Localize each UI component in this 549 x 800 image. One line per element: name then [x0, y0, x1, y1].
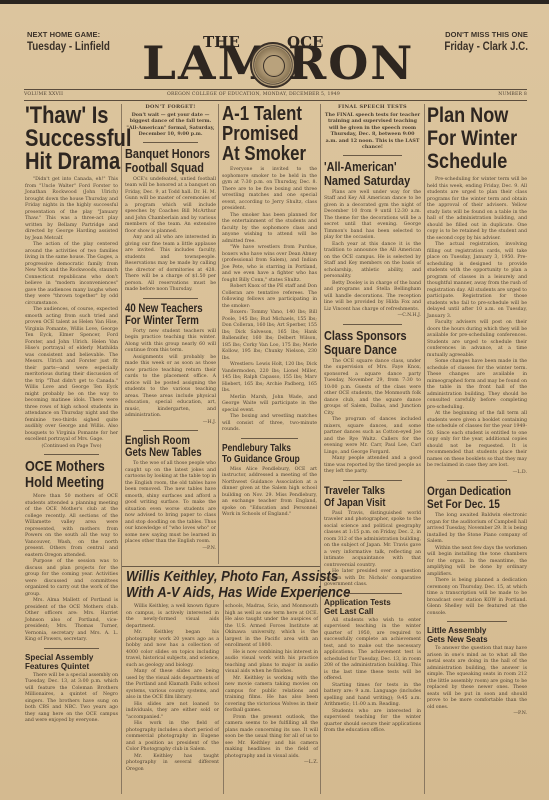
headline-line: Successful [25, 127, 103, 150]
headline-line: Gets New Tables [125, 447, 201, 459]
paragraph: There will be a special assembly on Tues… [25, 673, 118, 725]
paragraph: Wrestlers: Lewis Holt, 120 lbs; Dick Van… [222, 362, 317, 395]
headline-line: Set For Dec. 15 [427, 498, 511, 511]
article-keithley: Willis Keithley, Photo Fan, Assists With… [126, 569, 318, 773]
ear-label: NEXT HOME GAME: [27, 30, 128, 39]
headline: Organ Dedication Set For Dec. 15 [427, 485, 511, 511]
headline-line: Named Saturday [324, 174, 405, 188]
paragraph: Miss Alice Pendlebury, OCE art instructo… [222, 467, 317, 519]
paragraph: Mr. Keithley is working with the new mov… [225, 676, 318, 715]
headline: Willis Keithley, Photo Fan, Assists With… [126, 569, 299, 601]
article-application: Application Tests Get Last Call All stud… [324, 598, 421, 735]
paragraph: Some changes have been made in the sched… [427, 359, 527, 411]
headline: Pendlebury Talks To Guidance Group [222, 443, 302, 465]
column-1: 'Thaw' Is Successful Hit Drama "Didn't g… [25, 104, 118, 725]
headline-line: Plan Now [427, 104, 513, 127]
paragraph: Within the next few days the workmen wil… [427, 546, 527, 579]
headline-line: English Room [125, 435, 201, 447]
headline: Plan Now For Winter Schedule [427, 104, 513, 173]
separator [447, 480, 507, 481]
headline: Banquet Honors Football Squad [125, 147, 201, 175]
separator [343, 155, 401, 156]
paragraph: The actual registration, involving filli… [427, 242, 527, 320]
ear-label: DON'T MISS THIS ONE [404, 30, 528, 39]
headline: 40 New Teachers For Winter Term [125, 303, 201, 327]
headline-line: Schedule [427, 150, 513, 173]
paragraph: Willis Keithley, a well known figure on … [126, 604, 219, 630]
paragraph: Mrs. Alma Mallett of Portland is preside… [25, 598, 118, 644]
headline: English Room Gets New Tables [125, 435, 201, 459]
byline: —P.N. [427, 711, 527, 718]
paragraph: All students who wish to enter supervise… [324, 618, 421, 683]
article-body: All students who wish to enter supervise… [324, 618, 421, 735]
separator [44, 648, 100, 649]
headline-line: With A-V Aids, Has Wide Experience [126, 585, 299, 601]
paragraph: Mr. Keithley has taught photography in s… [126, 754, 219, 774]
headline: Special Assembly Features Quintet [25, 653, 113, 671]
column-rule [424, 104, 425, 794]
paragraph: From the present outlook, the camera see… [225, 715, 318, 761]
paragraph: Everyone is invited to the sophomore smo… [222, 167, 317, 213]
headline-line: Pendlebury Talks [222, 443, 302, 454]
paragraph: To answer the question that may have ari… [427, 646, 527, 711]
headline-line: Hit Drama [25, 150, 103, 173]
headline-line: A-1 Talent [222, 104, 302, 124]
article-thaw: 'Thaw' Is Successful Hit Drama "Didn't g… [25, 104, 118, 450]
ear-text: Friday - Clark J.C. [426, 39, 528, 53]
headline-line: At Smoker [222, 144, 302, 164]
headline-line: 40 New Teachers [125, 303, 201, 315]
paragraph: Students who are interested in supervise… [324, 709, 421, 735]
article-traveler: Traveler Talks Of Japan Visit Paul Travi… [324, 485, 421, 589]
article-english: English Room Gets New Tables To the woe … [125, 435, 216, 552]
article-assembly: Special Assembly Features Quintet There … [25, 653, 118, 725]
notice-title: DON'T FORGET! [125, 104, 216, 111]
volume: VOLUME XXVII [24, 92, 63, 97]
column-rule [218, 104, 219, 564]
article-body: More than 50 mothers of OCE students att… [25, 494, 118, 644]
paragraph: The action of the play centered around t… [25, 242, 118, 307]
paragraph: schools, Madras, Scio, and Monmouth high… [225, 604, 318, 650]
paragraph: The boxing and wrestling matches will co… [222, 414, 317, 434]
paragraph: His work in the field of photography inc… [126, 721, 219, 754]
scan-border [0, 0, 549, 4]
headline-line: Gets New Seats [427, 635, 522, 644]
article-pendlebury: Pendlebury Talks To Guidance Group Miss … [222, 443, 317, 519]
headline-line: Football Squad [125, 161, 201, 175]
headline-line: 'All-American' [324, 160, 405, 174]
headline-line: Promised [222, 124, 302, 144]
article-body: Forty new student teachers will begin pr… [125, 329, 216, 427]
byline: —L.D. [427, 470, 527, 477]
paragraph: He is now combining his interest in audi… [225, 650, 318, 676]
notice-text: Don't wait — get your date — biggest dan… [125, 112, 216, 138]
headline-line: Of Japan Visit [324, 497, 405, 509]
separator [143, 298, 198, 299]
headline-line: OCE Mothers [25, 459, 103, 475]
headline: 'All-American' Named Saturday [324, 160, 405, 188]
paragraph: "Didn't get into Canada, eh!" This from … [25, 177, 118, 242]
headline-line: Get Last Call [324, 607, 416, 616]
article-body: Miss Alice Pendlebury, OCE art instructo… [222, 467, 317, 519]
ear-dont-miss: DON'T MISS THIS ONE Friday - Clark J.C. [404, 30, 528, 53]
paragraph: To the woe of all those people who caugh… [125, 461, 216, 546]
headline: A-1 Talent Promised At Smoker [222, 104, 302, 164]
paragraph: Robert Knox of the PE staff and Don Coll… [222, 284, 317, 310]
paragraph: Purpose of the session was to discuss an… [25, 559, 118, 598]
article-smoker: A-1 Talent Promised At Smoker Everyone i… [222, 104, 317, 434]
article-body: There will be a special assembly on Tues… [25, 673, 118, 725]
headline: OCE Mothers Hold Meeting [25, 459, 103, 491]
column-4: FINAL SPEECH TESTS The FINAL speech test… [324, 104, 421, 735]
paragraph: Each year at this dance it is the tradit… [324, 242, 421, 281]
headline-line: For Winter [427, 127, 513, 150]
headline: Class Sponsors Square Dance [324, 329, 405, 357]
article-body-col-1: Willis Keithley, a well known figure on … [126, 604, 219, 773]
headline-line: Square Dance [324, 343, 405, 357]
article-body: The long awaited Baldwin electronic orga… [427, 513, 527, 617]
paragraph: More than 50 mothers of OCE students att… [25, 494, 118, 559]
paragraph: Pre-scheduling for winter term will be h… [427, 177, 527, 242]
separator [343, 480, 401, 481]
headline: Little Assembly Gets New Seats [427, 626, 522, 644]
headline-line: Features Quintet [25, 662, 113, 671]
notice-title: FINAL SPEECH TESTS [324, 104, 421, 111]
article-body: Pre-scheduling for winter term will be h… [427, 177, 527, 476]
separator [143, 142, 198, 143]
paragraph: Faculty advisers will post on their door… [427, 320, 527, 359]
paragraph: Forty new student teachers will begin pr… [125, 329, 216, 355]
headline-line: 'Thaw' Is [25, 104, 103, 127]
dont-forget-notice: DON'T FORGET! Don't wait — get your date… [125, 104, 216, 138]
article-body: Paul Travis, distinguished world travele… [324, 511, 421, 589]
paragraph: Paul Travis, distinguished world travele… [324, 511, 421, 570]
article-all-american: 'All-American' Named Saturday Plans are … [324, 160, 421, 320]
paragraph: Merlin Marsh, John Wade, and George Wait… [222, 395, 317, 415]
separator [343, 593, 401, 594]
newspaper-page: NEXT HOME GAME: Tuesday - Linfield DON'T… [0, 0, 549, 800]
byline: —C.N.H.J. [324, 313, 421, 320]
column-2: DON'T FORGET! Don't wait — get your date… [125, 104, 216, 552]
article-little-assembly: Little Assembly Gets New Seats To answer… [427, 626, 527, 718]
continued-note: (Continued on Page Two) [25, 444, 118, 451]
paragraph: "We have wrestlers from Purdue, boxers w… [222, 245, 317, 284]
article-body: To the woe of all those people who caugh… [125, 461, 216, 552]
article-mothers: OCE Mothers Hold Meeting More than 50 mo… [25, 459, 118, 644]
notice-text: The FINAL speech tests for teacher train… [324, 112, 421, 151]
ear-next-home-game: NEXT HOME GAME: Tuesday - Linfield [27, 30, 128, 53]
paragraph: Starting times for tests in the battery … [324, 683, 421, 709]
article-winter-schedule: Plan Now For Winter Schedule Pre-schedul… [427, 104, 527, 476]
article-body: The OCE square dance class, under the su… [324, 359, 421, 476]
issue-number: NUMBER 8 [498, 92, 527, 97]
article-body: Everyone is invited to the sophomore smo… [222, 167, 317, 434]
paragraph: The long awaited Baldwin electronic orga… [427, 513, 527, 546]
paragraph: Mr. Keithley began his photography work … [126, 630, 219, 669]
paragraph: Any and all who are interested in giving… [125, 235, 216, 294]
paragraph: Many of these slides are being used by t… [126, 669, 219, 702]
headline-line: Banquet Honors [125, 147, 201, 161]
article-body: OCE's undefeated, untied football team w… [125, 177, 216, 294]
paragraph: The smoker has been planned for the ente… [222, 213, 317, 246]
headline-line: Willis Keithley, Photo Fan, Assists [126, 569, 299, 585]
paragraph: His slides are not loaned to individuals… [126, 702, 219, 722]
paragraph: The audiences, of course, expected smoot… [25, 307, 118, 444]
paragraph: The OCE square dance class, under the su… [324, 359, 421, 418]
column-3: A-1 Talent Promised At Smoker Everyone i… [222, 104, 317, 519]
article-organ: Organ Dedication Set For Dec. 15 The lon… [427, 485, 527, 617]
column-rule [320, 104, 321, 794]
dateline: OREGON COLLEGE OF EDUCATION, MONDAY, DEC… [167, 92, 340, 97]
headline: Application Tests Get Last Call [324, 598, 416, 616]
column-5: Plan Now For Winter Schedule Pre-schedul… [427, 104, 527, 718]
headline: 'Thaw' Is Successful Hit Drama [25, 104, 103, 173]
paragraph: Boxers: Tommy Vano, 140 lbs; Bill Poole,… [222, 310, 317, 362]
separator [447, 621, 507, 622]
paragraph: OCE's undefeated, untied football team w… [125, 177, 216, 236]
column-rule [121, 104, 122, 794]
headline-line: Class Sponsors [324, 329, 405, 343]
headline: Traveler Talks Of Japan Visit [324, 485, 405, 509]
headline-line: To Guidance Group [222, 454, 302, 465]
article-body: To answer the question that may have ari… [427, 646, 527, 718]
headline-line: Traveler Talks [324, 485, 405, 497]
separator [44, 454, 100, 455]
byline: —H.J. [125, 420, 216, 427]
paragraph: The program of dances included mixers, s… [324, 417, 421, 456]
paragraph: Many people attended and a good time was… [324, 456, 421, 476]
dateline-bar: VOLUME XXVII OREGON COLLEGE OF EDUCATION… [24, 89, 527, 101]
article-square-dance: Class Sponsors Square Dance The OCE squa… [324, 329, 421, 476]
separator [241, 438, 298, 439]
article-body: "Didn't get into Canada, eh!" This from … [25, 177, 118, 450]
article-columns: Willis Keithley, a well known figure on … [126, 604, 318, 773]
article-body-col-2: schools, Madras, Scio, and Monmouth high… [225, 604, 318, 773]
paragraph: Plans are well under way for the Staff a… [324, 190, 421, 242]
byline: —P.N. [125, 546, 216, 553]
headline-line: Hold Meeting [25, 475, 103, 491]
article-body: Plans are well under way for the Staff a… [324, 190, 421, 320]
paragraph: He later presided over a question sessio… [324, 569, 421, 589]
paragraph: At the beginning of the fall term all st… [427, 411, 527, 470]
article-teachers: 40 New Teachers For Winter Term Forty ne… [125, 303, 216, 427]
byline: —L.Z. [225, 760, 318, 767]
masthead-title-right: RON [288, 38, 414, 88]
separator [122, 566, 320, 567]
paragraph: Assignments will probably be made this w… [125, 355, 216, 420]
paragraph: There is being planned a dedication cere… [427, 578, 527, 617]
headline-line: For Winter Term [125, 315, 201, 327]
paragraph: Betty Dooley is in charge of the band an… [324, 281, 421, 314]
ear-text: Tuesday - Linfield [27, 39, 110, 53]
separator [343, 324, 401, 325]
article-banquet: Banquet Honors Football Squad OCE's unde… [125, 147, 216, 294]
separator [143, 430, 198, 431]
final-speech-tests-notice: FINAL SPEECH TESTS The FINAL speech test… [324, 104, 421, 151]
